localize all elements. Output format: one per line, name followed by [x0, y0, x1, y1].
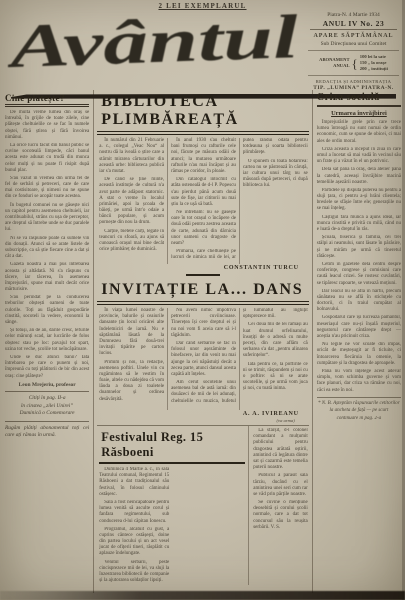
paragraph: O spunem cu toată hotărîrea: cartea nu s… [243, 159, 308, 190]
article-cine-plateste-body: De multă vreme lumea din oraș se întreab… [5, 110, 89, 380]
page-body: Cine plătește? De multă vreme lumea din … [0, 90, 405, 593]
frequency-line: APARE SĂPTĂMÂNAL [308, 33, 399, 39]
paragraph: Publicul a părăsit sala târziu, ducând c… [253, 473, 308, 498]
paragraph: Împrejurările grele prin care trece lume… [317, 120, 401, 145]
logo-text: Avântul [8, 12, 300, 76]
text-line: în cinstea „zilei Unirei” [6, 403, 88, 411]
paragraph: În bugetul comunei nu se găsește nici un… [5, 203, 89, 234]
paragraph: Unde se duc atunci banii? Iată întrebare… [5, 355, 89, 380]
masthead: 2 LEI EXEMPLARUL Avântul Piatra-N. 4 Mar… [0, 0, 405, 87]
paragraph: Sala a fost neîncăpătoare pentru lumea v… [99, 500, 169, 525]
column-left: Cine plătește? De multă vreme lumea din … [0, 90, 94, 593]
article-dans: INVITAȚIE LA... DANS În viața lumei noas… [97, 278, 309, 423]
price-line: 2 LEI EXEMPLARUL [0, 2, 405, 10]
paragraph: În viața lumei noastre de provincie, bal… [99, 308, 164, 358]
article-biblioteca: BIBLIOTECA PLIMBĂREAȚĂ În numărul din 21… [97, 90, 309, 276]
paragraph: În numărul din 21 Februarie a. c., coleg… [99, 138, 164, 175]
paragraph: Până nu vom înțelege acest adevăr simplu… [317, 369, 401, 394]
printer-line: TIP. „LUMINA” PIATRA-N. [308, 85, 399, 91]
direction-line: Sub Direcțiunea unui Comitet [308, 41, 399, 51]
paragraph: Cărțile, bietele cărți, legate în teancu… [99, 229, 164, 254]
article-festival-main: Festivalul Reg. 15 Răsboeni Duminică 4 M… [97, 426, 249, 585]
paragraph: Dela sat până la oraș, dela atelier până… [317, 167, 401, 186]
text-line: Citiți în pag. II-a [6, 395, 88, 403]
headline-dans: INVITAȚIE LA... DANS [97, 278, 309, 305]
paragraph: De multă vreme lumea din oraș se întreab… [5, 110, 89, 141]
headline-cine-plateste: Cine plătește? [5, 93, 89, 107]
column-center: BIBLIOTECA PLIMBĂREAȚĂ În numărul din 21… [94, 90, 312, 593]
paragraph: Școala, biserica și familia, cei trei st… [317, 235, 401, 260]
subscription-block: ABONAMENT ANUAL { 100 lei la sate150 „ l… [308, 53, 399, 76]
paragraph: Iată pentru ce, la poftirile ce ni se tr… [243, 362, 308, 393]
paragraph: Dar leacul nu se află în hârtii, precum … [317, 289, 401, 314]
headline-criza-sociala: Criza socială [317, 92, 401, 107]
admin-line: REDACȚIA ȘI ADMINISTRAȚIA [308, 79, 399, 84]
paragraph: Câștigul fără muncă a ajuns ideal, iar m… [317, 215, 401, 234]
paragraph: Nu legile ne vor scoate din impas, oricâ… [317, 342, 401, 367]
paragraph: Duminică 4 Martie a. c., în sala Teatrul… [99, 467, 169, 498]
scan-edge-bottom [0, 591, 405, 600]
section-divider [186, 274, 220, 276]
signature-dans: A. A. IVIREANU [97, 410, 309, 418]
announcement-box: Citiți în pag. II-aîn cinstea „zilei Uni… [5, 391, 89, 422]
paragraph: Ni se va răspunde poate că sumele vin di… [5, 236, 89, 261]
text-line: 200 „ instituții [360, 66, 388, 72]
editor-note: * N. B. Așteptăm răspunsurile cetitorilo… [317, 397, 401, 414]
paragraph: Nu avem nimic împotriva petrecerii cuvii… [171, 308, 236, 339]
paragraph: Și totuși, an de an, dările cresc, lefur… [5, 328, 89, 353]
issue-info: Piatra-N. 4 Martie 1934 ANUL IV No. 23 A… [308, 10, 404, 91]
paragraph: Din catalogul întocmit cu atâta osteneal… [171, 177, 236, 208]
paragraph: Criza aceasta a început în ziua în care … [317, 147, 401, 166]
paragraph: La orice lucru făcut din banul public se… [5, 143, 89, 174]
paragraph: S'au perindat pe la conducerea treburilo… [5, 295, 89, 326]
subscription-label: ABONAMENT ANUAL [319, 57, 349, 69]
headline-biblioteca: BIBLIOTECA PLIMBĂREAȚĂ [97, 90, 309, 135]
paragraph: De când se ține minte, această instituți… [99, 177, 164, 227]
headline-festival: Festivalul Reg. 15 Răsboeni [99, 426, 245, 464]
column-right: Criza socială Urmarea învrăjbirei Împrej… [312, 90, 405, 593]
subhead-criza: Urmarea învrăjbirei [317, 110, 401, 117]
text-line: Duminică o Comemorare [6, 410, 88, 418]
paragraph: În anul 1930 s'au cheltuit bani frumoși … [171, 138, 236, 175]
subscription-reminder: Rugăm plătiți abonamentul toți cei care … [5, 425, 89, 440]
signature-left-article: Leon Mrejeriu, profesor [5, 382, 89, 388]
paragraph: Partidele își dispută puterea nu pentru … [317, 188, 401, 213]
paragraph: Gazeta noastră a mai pus întrebarea acea… [5, 262, 89, 293]
paragraph: Venitul serbării, peste cincisprezece mi… [99, 560, 169, 585]
article-festival-side: La sfârșit, d-l colonel comandant a mulț… [249, 426, 309, 574]
issue-number: ANUL IV No. 23 [310, 19, 397, 30]
newspaper-logo: Avântul [8, 12, 308, 81]
continuation-note: continuare în pag. 2-a [317, 416, 401, 421]
brace-glyph: { [352, 57, 358, 70]
paragraph: Cetim în gazetele dela centru despre con… [317, 262, 401, 287]
article-biblioteca-body: În numărul din 21 Februarie a. c., coleg… [97, 135, 309, 264]
article-dans-body: În viața lumei noastre de provincie, bal… [97, 305, 309, 410]
signature-dans-note: (va urma) [97, 418, 309, 423]
paragraph: Cei două mii de lei rămași au luat drumu… [243, 322, 308, 359]
paragraph: La sfârșit, d-l colonel comandant a mulț… [253, 428, 308, 471]
subscription-rates: 100 lei la sate150 „ la orașe200 „ insti… [360, 54, 388, 73]
article-festival: Festivalul Reg. 15 Răsboeni Duminică 4 M… [97, 425, 309, 585]
paragraph: S'au văzut în vremea din urmă fel de fel… [5, 176, 89, 201]
article-festival-body: Duminică 4 Martie a. c., în sala Teatrul… [99, 464, 245, 585]
paragraph: Primim și noi, la redacție, asemenea pof… [99, 360, 164, 403]
newspaper-page: 2 LEI EXEMPLARUL Avântul Piatra-N. 4 Mar… [0, 0, 405, 600]
paragraph: Programul, alcătuit cu gust, a cuprins c… [99, 527, 169, 558]
paragraph: Se cuvine o mențiune deosebită și corulu… [253, 500, 308, 531]
dateline: Piatra-N. 4 Martie 1934 [308, 12, 399, 18]
article-criza-body: Împrejurările grele prin care trece lume… [317, 120, 401, 394]
paragraph: Gospodarul care își lucrează pământul, m… [317, 315, 401, 340]
paragraph: Ne întrebăm: nu se găsește oare în tot o… [171, 210, 236, 247]
paragraph: Dar când serbările se fac în folosul uno… [171, 341, 236, 378]
signature-biblioteca: CONSTANTIN TURCU [97, 264, 309, 272]
